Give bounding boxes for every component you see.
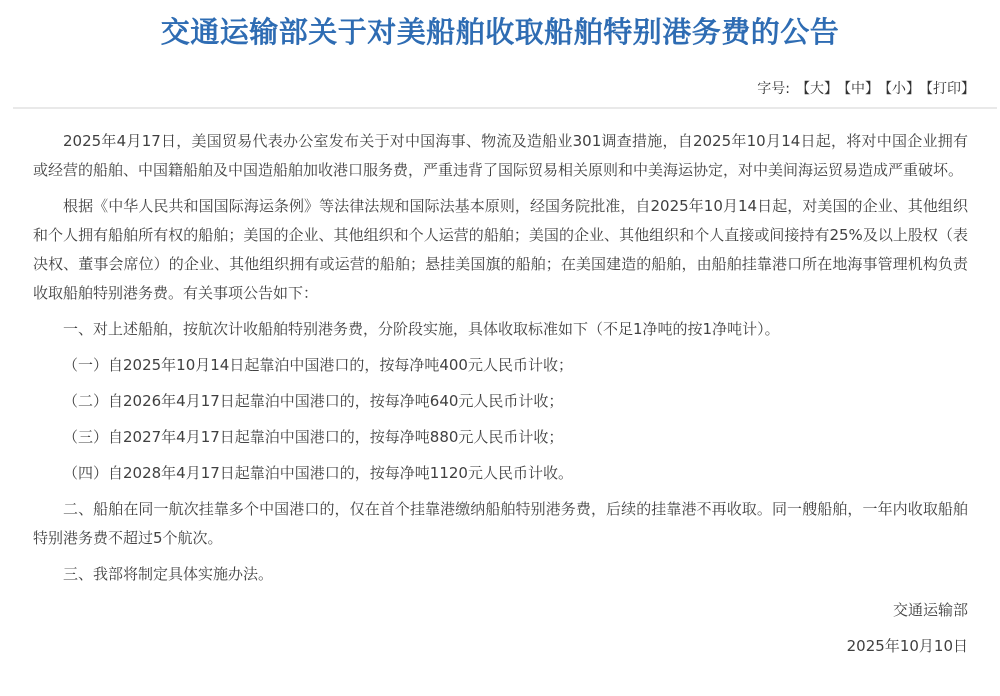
item-3-implementation: 三、我部将制定具体实施办法。 — [33, 560, 968, 589]
item-1-4-rate-2028: （四）自2028年4月17日起靠泊中国港口的，按每净吨1120元人民币计收。 — [33, 459, 968, 488]
font-size-small-button[interactable]: 【小】 — [885, 81, 920, 97]
page-title: 交通运输部关于对美船舶收取船舶特别港务费的公告 — [0, 0, 1000, 50]
print-button[interactable]: 【打印】 — [926, 81, 975, 97]
signature-issuer: 交通运输部 — [33, 596, 968, 625]
announcement-page: 交通运输部关于对美船舶收取船舶特别港务费的公告 字号:【大】【中】【小】【打印】… — [0, 0, 1000, 696]
paragraph-background: 2025年4月17日，美国贸易代表办公室发布关于对中国海事、物流及造船业301调… — [33, 127, 968, 185]
font-size-large-button[interactable]: 【大】 — [796, 81, 838, 97]
announcement-body: 2025年4月17日，美国贸易代表办公室发布关于对中国海事、物流及造船业301调… — [0, 109, 1000, 661]
item-2-multiple-ports: 二、船舶在同一航次挂靠多个中国港口的，仅在首个挂靠港缴纳船舶特别港务费，后续的挂… — [33, 495, 968, 553]
font-size-medium-button[interactable]: 【中】 — [844, 81, 879, 97]
paragraph-legal-basis: 根据《中华人民共和国国际海运条例》等法律法规和国际法基本原则，经国务院批准，自2… — [33, 192, 968, 308]
item-1-3-rate-2027: （三）自2027年4月17日起靠泊中国港口的，按每净吨880元人民币计收； — [33, 423, 968, 452]
item-1-2-rate-2026: （二）自2026年4月17日起靠泊中国港口的，按每净吨640元人民币计收； — [33, 387, 968, 416]
signature-date: 2025年10月10日 — [33, 632, 968, 661]
font-size-toolbar: 字号:【大】【中】【小】【打印】 — [0, 80, 1000, 98]
item-1-1-rate-2025: （一）自2025年10月14日起靠泊中国港口的，按每净吨400元人民币计收； — [33, 351, 968, 380]
font-size-label: 字号: — [757, 81, 790, 97]
item-1-fee-standard: 一、对上述船舶，按航次计收船舶特别港务费，分阶段实施，具体收取标准如下（不足1净… — [33, 315, 968, 344]
